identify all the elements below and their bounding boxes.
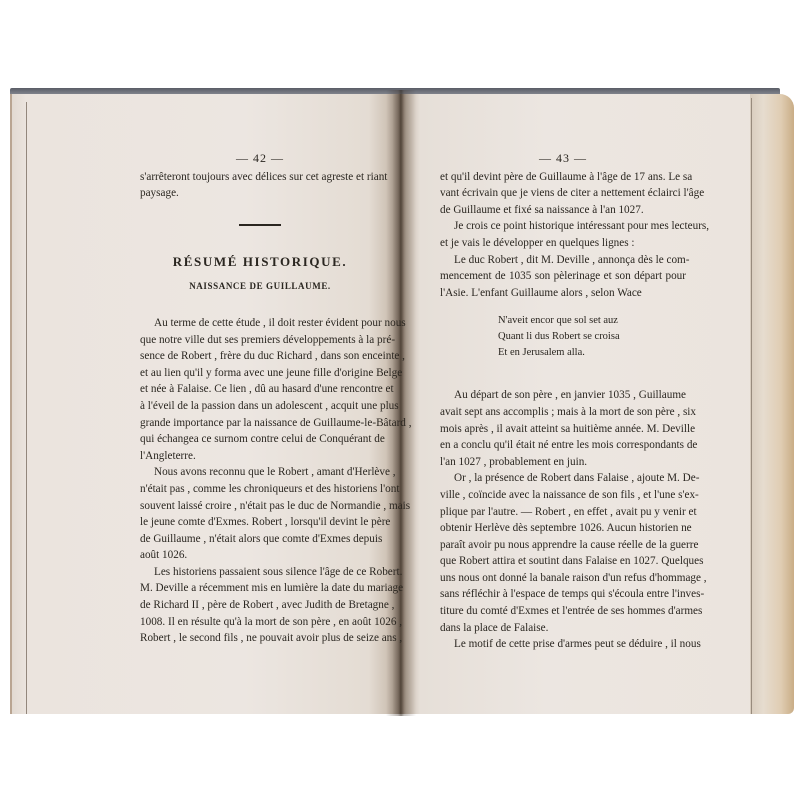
text-line: Au départ de son père , en janvier 1035 … <box>440 387 686 404</box>
text-line: que notre ville dut ses premiers dévelop… <box>140 332 380 349</box>
text-line: paysage. <box>140 185 380 202</box>
paragraph: Je crois ce point historique intéressant… <box>440 218 686 251</box>
subsection-title: NAISSANCE DE GUILLAUME. <box>140 278 380 295</box>
text-line: mencement de 1035 son pèlerinage et son … <box>440 268 686 285</box>
paragraph: Le duc Robert , dit M. Deville , annonça… <box>440 252 686 302</box>
text-line: l'an 1027 , probablement en juin. <box>440 454 686 471</box>
text-line: Le motif de cette prise d'armes peut se … <box>440 636 686 653</box>
text-line: Les historiens passaient sous silence l'… <box>140 564 380 581</box>
text-line: 1008. Il en résulte qu'à la mort de son … <box>140 614 380 631</box>
text-line: Au terme de cette étude , il doit rester… <box>140 315 380 332</box>
text-line: et au lien qu'il y forma avec une jeune … <box>140 365 380 382</box>
fore-edge <box>750 94 794 714</box>
text-line: sans réfléchir à l'espace de temps qui s… <box>440 586 686 603</box>
text-line: et je vais le développer en quelques lig… <box>440 235 686 252</box>
text-line: Le duc Robert , dit M. Deville , annonça… <box>440 252 686 269</box>
text-line: dans la place de Falaise. <box>440 620 686 637</box>
page-number: — 42 — <box>140 150 380 167</box>
text-line: de Guillaume , n'était alors que comte d… <box>140 531 380 548</box>
section-title: RÉSUMÉ HISTORIQUE. <box>140 254 380 271</box>
page-edge-line <box>26 102 27 714</box>
text-line: de Guillaume et fixé sa naissance à l'an… <box>440 202 686 219</box>
text-line: titure du comté d'Exmes et l'entrée de s… <box>440 603 686 620</box>
text-line: l'Asie. L'enfant Guillaume alors , selon… <box>440 285 686 302</box>
page-edge-line <box>751 98 752 714</box>
text-line: s'arrêteront toujours avec délices sur c… <box>140 169 380 186</box>
open-book: — 42 — s'arrêteront toujours avec délice… <box>10 94 794 714</box>
paragraph: Les historiens passaient sous silence l'… <box>140 564 380 647</box>
text-line: qui échangea ce surnom contre celui de C… <box>140 431 380 448</box>
text-line: plique par l'autre. — Robert , en effet … <box>440 504 686 521</box>
right-page-text: — 43 — et qu'il devint père de Guillaume… <box>440 150 686 653</box>
text-line: que Robert attira et soutint dans Falais… <box>440 553 686 570</box>
text-line: Nous avons reconnu que le Robert , amant… <box>140 464 380 481</box>
paragraph: Or , la présence de Robert dans Falaise … <box>440 470 686 636</box>
text-line: vant écrivain que je viens de citer a ne… <box>440 185 686 202</box>
text-line: Robert , le second fils , ne pouvait avo… <box>140 630 380 647</box>
verse-line: Et en Jerusalem alla. <box>498 345 686 361</box>
text-line: le jeune comte d'Exmes. Robert , lorsqu'… <box>140 514 380 531</box>
text-line: obtenir Herlève dès septembre 1026. Aucu… <box>440 520 686 537</box>
verse-line: N'aveit encor que sol set auz <box>498 313 686 329</box>
page-number: — 43 — <box>440 150 686 167</box>
text-line: M. Deville a récemment mis en lumière la… <box>140 580 380 597</box>
verse-line: Quant li dus Robert se croisa <box>498 329 686 345</box>
paragraph: et qu'il devint père de Guillaume à l'âg… <box>440 169 686 219</box>
text-line: sence de Robert , frère du duc Richard ,… <box>140 348 380 365</box>
text-line: de Richard II , père de Robert , avec Ju… <box>140 597 380 614</box>
paragraph: Le motif de cette prise d'armes peut se … <box>440 636 686 653</box>
section-divider <box>239 224 281 226</box>
text-line: Je crois ce point historique intéressant… <box>440 218 686 235</box>
text-line: uns nous ont donné la banale raison d'un… <box>440 570 686 587</box>
text-line: à l'éveil de la passion dans un adolesce… <box>140 398 380 415</box>
text-line: et née à Falaise. Ce lien , dû au hasard… <box>140 381 380 398</box>
text-line: et qu'il devint père de Guillaume à l'âg… <box>440 169 686 186</box>
text-line: mois après , il avait atteint sa huitièm… <box>440 421 686 438</box>
paragraph: Au terme de cette étude , il doit rester… <box>140 315 380 464</box>
paragraph: Nous avons reconnu que le Robert , amant… <box>140 464 380 564</box>
text-line: en a conclu qu'il était né entre les moi… <box>440 437 686 454</box>
text-line: l'Angleterre. <box>140 448 380 465</box>
text-line: souvent laissé croire , n'était pas le d… <box>140 498 380 515</box>
text-line: n'était pas , comme les chroniqueurs et … <box>140 481 380 498</box>
left-page-text: — 42 — s'arrêteront toujours avec délice… <box>140 150 380 647</box>
paragraph: Au départ de son père , en janvier 1035 … <box>440 387 686 470</box>
verse-quotation: N'aveit encor que sol set auz Quant li d… <box>440 313 686 361</box>
text-line: avait sept ans accomplis ; mais à la mor… <box>440 404 686 421</box>
text-line: ville , coïncide avec la naissance de so… <box>440 487 686 504</box>
text-line: août 1026. <box>140 547 380 564</box>
text-line: paraît avoir pu nous apprendre la cause … <box>440 537 686 554</box>
text-line: Or , la présence de Robert dans Falaise … <box>440 470 686 487</box>
text-line: grande importance par la naissance de Gu… <box>140 415 380 432</box>
